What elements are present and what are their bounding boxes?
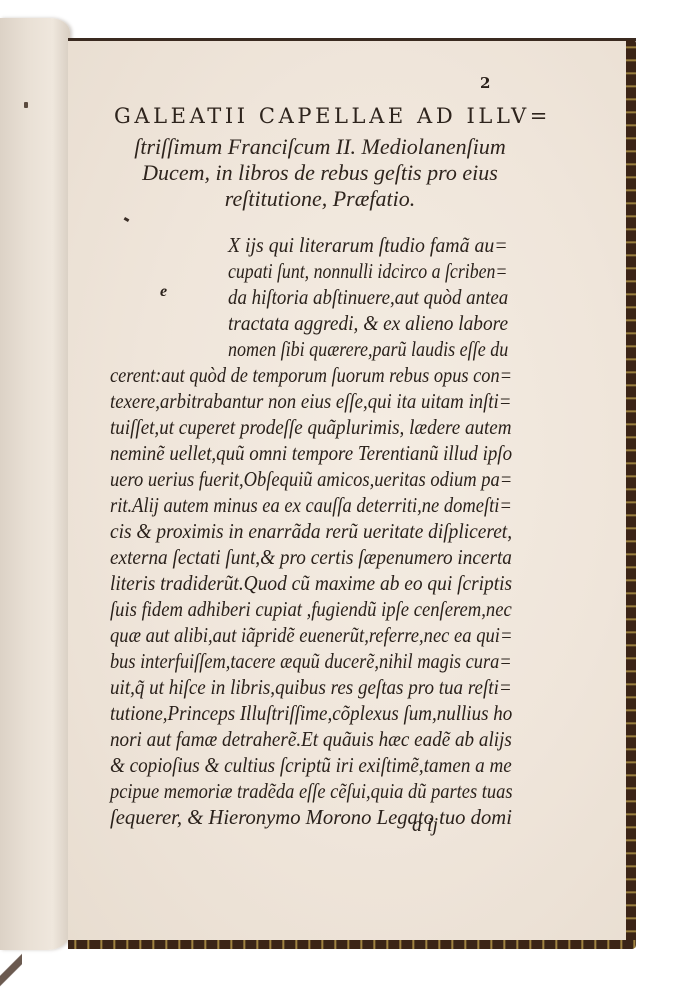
body-line: externa ſectati ſunt,& pro certis ſæpenu… <box>110 544 512 570</box>
title-line-4: reſtitutione, Præfatio. <box>110 186 530 212</box>
title-line-3: Ducem, in libros de rebus geſtis pro eiu… <box>110 160 530 186</box>
body-line: texere,arbitrabantur non eius eſſe,qui i… <box>110 388 511 414</box>
body-line: tractata aggredi, & ex alieno labore <box>228 310 508 336</box>
body-line: tuiſſet,ut cuperet prodeſſe quãplurimis,… <box>110 414 512 440</box>
body-line: cupati ſunt, nonnulli idcirco a ſcriben= <box>228 258 507 284</box>
body-line: ſuis fidem adhiberi cupiat ,fugiendũ ipſ… <box>110 596 512 622</box>
body-line: uit,q̃ ut hiſce in libris,quibus res geſ… <box>110 674 512 700</box>
ink-mark <box>24 102 28 108</box>
body-line: rit.Alij autem minus ea ex cauſſa deterr… <box>110 492 512 518</box>
bookmark-ribbon <box>0 952 22 988</box>
title-line-2: ſtriſſimum Franciſcum II. Mediolanenſium <box>110 134 530 160</box>
body-line: literis tradiderũt.Quod cũ maxime ab eo … <box>110 570 512 596</box>
gilt-bottom-edge <box>68 940 636 949</box>
gilt-fore-edge <box>626 40 636 946</box>
body-line: cerent:aut quòd de temporum ſuorum rebus… <box>110 362 512 388</box>
body-line: nomen ſibi quærere,parũ laudis eſſe du <box>228 336 508 362</box>
margin-letter-mark: e <box>160 283 167 301</box>
body-line: quæ aut alibi,aut iãpridẽ euenerũt,refer… <box>110 622 512 648</box>
body-line: tutione,Princeps Illuſtriſſime,cõplexus … <box>110 700 512 726</box>
title-heading: GALEATII CAPELLAE AD ILLV= <box>114 104 584 128</box>
body-line: cis & proximis in enarrãda rerũ ueritate… <box>110 518 512 544</box>
body-line: X ijs qui literarum ſtudio famã au= <box>228 232 508 258</box>
signature-mark: a ij <box>412 814 438 837</box>
body-line: da hiſtoria abſtinuere,aut quòd antea <box>228 284 508 310</box>
body-line: bus interfuiſſem,tacere æquũ ducerẽ,nihi… <box>110 648 512 674</box>
body-line: nori aut famæ detraherẽ.Et quãuis hæc ea… <box>110 726 512 752</box>
body-line: ſequerer, & Hieronymo Morono Legato tuo … <box>110 804 512 830</box>
body-line: pcipue memoriæ tradẽda eſſe cẽſui,quia d… <box>110 778 513 804</box>
body-line: neminẽ uellet,quũ omni tempore Terentian… <box>110 440 512 466</box>
body-line: uero uerius fuerit,Obſequiũ amicos,uerit… <box>110 466 512 492</box>
page-number: 2 <box>480 74 490 92</box>
body-line: & copioſius & cultius ſcriptũ iri exiſti… <box>110 752 512 778</box>
left-page-verso <box>0 18 70 950</box>
